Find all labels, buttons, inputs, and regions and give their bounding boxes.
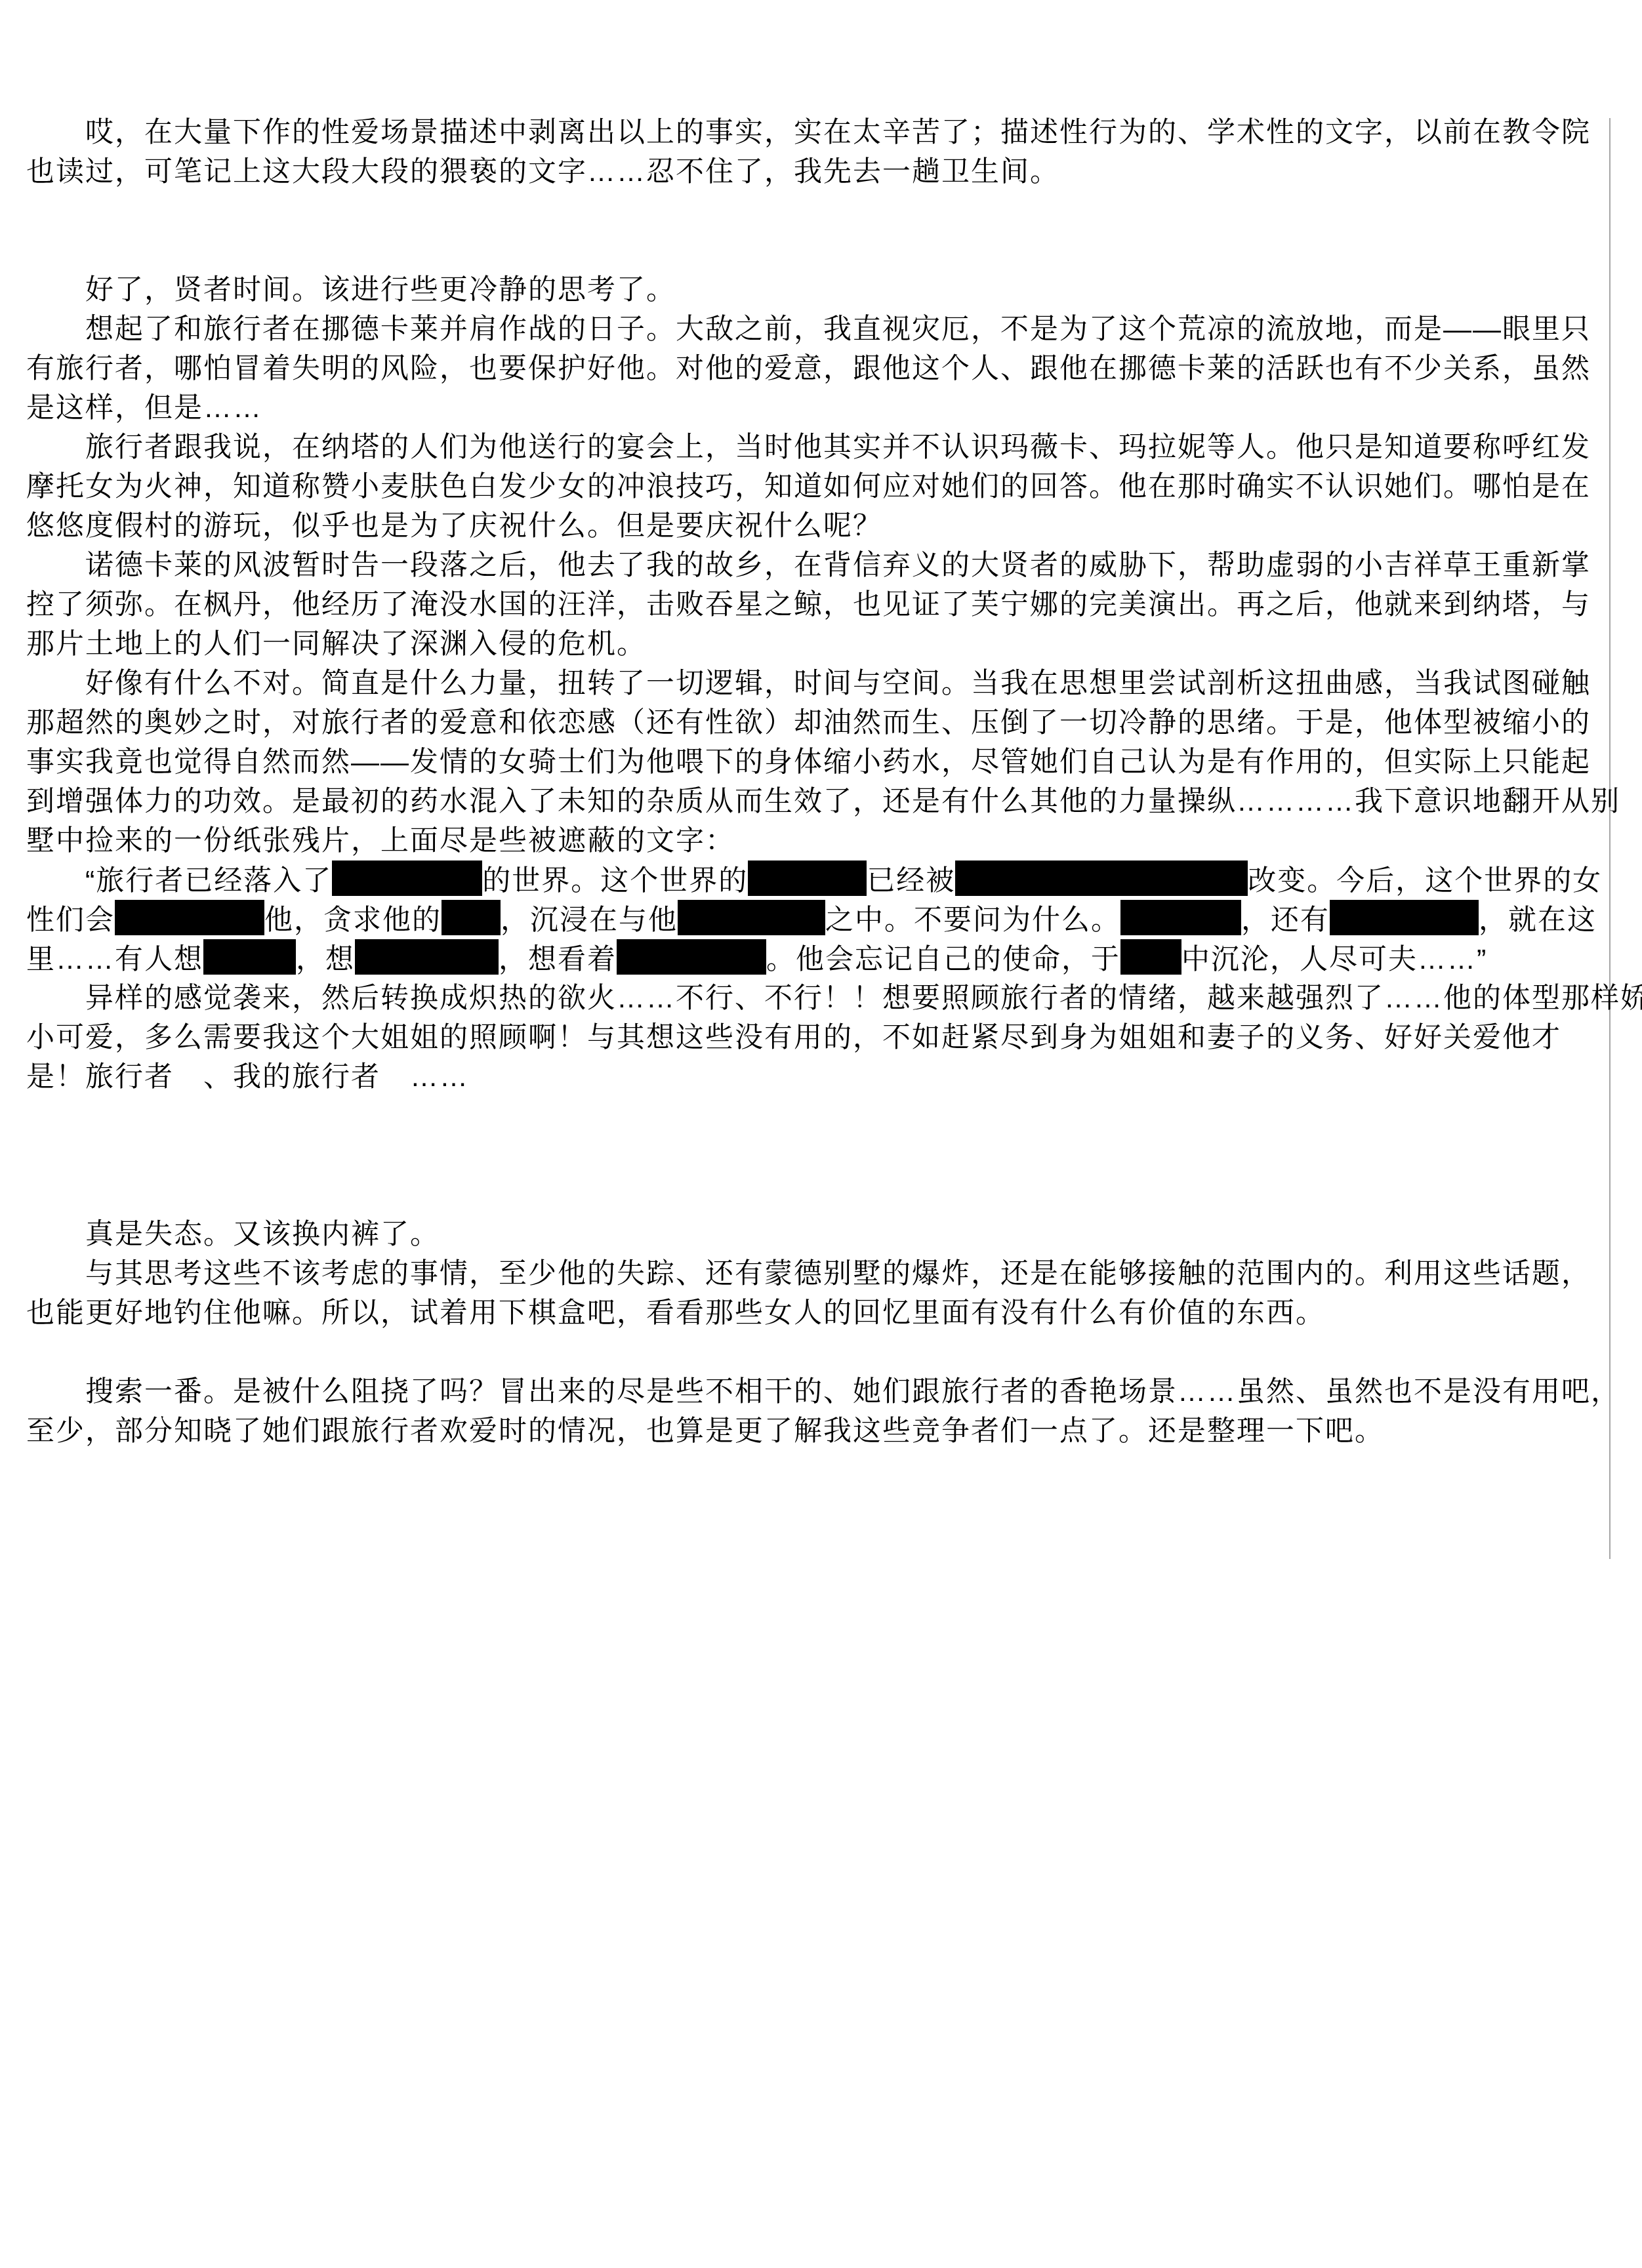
text-line: 事实我竟也觉得自然而然——发情的女骑士们为他喂下的身体缩小药水，尽管她们自己认为… [26,742,1640,782]
redaction-bar [332,861,482,896]
text-line: 好像有什么不对。简直是什么力量，扭转了一切逻辑，时间与空间。当我在思想里尝试剖析… [26,664,1640,703]
text-run: 摩托女为火神，知道称赞小麦肤色白发少女的冲浪技巧，知道如何应对她们的回答。他在那… [26,471,1591,502]
blank-line [26,1175,1640,1215]
paragraph [26,192,1640,231]
text-line: 真是失态。又该换内裤了。 [26,1215,1640,1254]
text-line: 诺德卡莱的风波暂时告一段落之后，他去了我的故乡，在背信弃义的大贤者的威胁下，帮助… [26,546,1640,585]
blank-line [26,231,1640,270]
redaction-bar [617,939,766,975]
text-line: 到增强体力的功效。是最初的药水混入了未知的杂质从而生效了，还是有什么其他的力量操… [26,782,1640,821]
text-line: 也读过，可笔记上这大段大段的猥亵的文字……忍不住了，我先去一趟卫生间。 [26,152,1640,192]
paragraph: 搜索一番。是被什么阻挠了吗？冒出来的尽是些不相干的、她们跟旅行者的香艳场景……虽… [26,1372,1640,1451]
text-line: 异样的感觉袭来，然后转换成炽热的欲火……不行、不行！！想要照顾旅行者的情绪，越来… [26,979,1640,1018]
text-run: 悠悠度假村的游玩，似乎也是为了庆祝什么。但是要庆祝什么呢？ [26,510,882,542]
text-line: 想起了和旅行者在挪德卡莱并肩作战的日子。大敌之前，我直视灾厄，不是为了这个荒凉的… [26,310,1640,349]
text-run: 改变。今后，这个世界的女 [1248,865,1602,897]
text-run: 事实我竟也觉得自然而然——发情的女骑士们为他喂下的身体缩小药水，尽管她们自己认为… [26,746,1591,778]
text-run: 是！旅行者 、我的旅行者 …… [26,1061,469,1093]
paragraph: 与其思考这些不该考虑的事情，至少他的失踪、还有蒙德别墅的爆炸，还是在能够接触的范… [26,1254,1640,1333]
text-run: 小可爱，多么需要我这个大姐姐的照顾啊！与其想这些没有用的，不如赶紧尽到身为姐姐和… [26,1022,1561,1053]
text-line: 旅行者跟我说，在纳塔的人们为他送行的宴会上，当时他其实并不认识玛薇卡、玛拉妮等人… [26,428,1640,467]
text-run: ，沉浸在与他 [501,904,678,936]
text-run: 好了，贤者时间。该进行些更冷静的思考了。 [26,274,676,306]
text-run: 也能更好地钓住他嘛。所以，试着用下棋盒吧，看看那些女人的回忆里面有没有什么有价值… [26,1297,1325,1329]
paragraph: “旅行者已经落入了的世界。这个世界的已经被改变。今后，这个世界的女性们会他，贪求… [26,861,1640,979]
paragraph: 好了，贤者时间。该进行些更冷静的思考了。 [26,270,1640,310]
paragraph [26,231,1640,270]
text-line: 有旅行者，哪怕冒着失明的风险，也要保护好他。对他的爱意，跟他这个人、跟他在挪德卡… [26,349,1640,388]
redaction-bar [1120,900,1241,935]
paragraph: 真是失态。又该换内裤了。 [26,1215,1640,1254]
redaction-bar [1120,939,1181,975]
text-line: 与其思考这些不该考虑的事情，至少他的失踪、还有蒙德别墅的爆炸，还是在能够接触的范… [26,1254,1640,1293]
blank-line [26,192,1640,231]
text-run: 也读过，可笔记上这大段大段的猥亵的文字……忍不住了，我先去一趟卫生间。 [26,156,1059,188]
text-run: 那片土地上的人们一同解决了深渊入侵的危机。 [26,628,646,660]
text-line: 那片土地上的人们一同解决了深渊入侵的危机。 [26,624,1640,664]
text-run: 之中。不要问为什么。 [825,904,1120,936]
text-run: ，就在这 [1479,904,1597,936]
paragraph: 哎，在大量下作的性爱场景描述中剥离出以上的事实，实在太辛苦了；描述性行为的、学术… [26,113,1640,192]
text-run: 的世界。这个世界的 [482,865,748,897]
redaction-bar [355,939,499,975]
text-line: 摩托女为火神，知道称赞小麦肤色白发少女的冲浪技巧，知道如何应对她们的回答。他在那… [26,467,1640,506]
redaction-bar [1330,900,1479,935]
paragraph [26,1097,1640,1136]
document-page: 哎，在大量下作的性爱场景描述中剥离出以上的事实，实在太辛苦了；描述性行为的、学术… [0,0,1642,2268]
text-run: 性们会 [26,904,115,936]
text-line: 好了，贤者时间。该进行些更冷静的思考了。 [26,270,1640,310]
redaction-bar [203,939,296,975]
text-run: 。他会忘记自己的使命，于 [766,944,1120,975]
paragraph: 好像有什么不对。简直是什么力量，扭转了一切逻辑，时间与空间。当我在思想里尝试剖析… [26,664,1640,861]
text-run: 诺德卡莱的风波暂时告一段落之后，他去了我的故乡，在背信弃义的大贤者的威胁下，帮助… [26,550,1591,581]
text-run: 至少，部分知晓了她们跟旅行者欢爱时的情况，也算是更了解我这些竞争者们一点了。还是… [26,1415,1384,1447]
redaction-bar [678,900,825,935]
text-line: 小可爱，多么需要我这个大姐姐的照顾啊！与其想这些没有用的，不如赶紧尽到身为姐姐和… [26,1018,1640,1057]
text-run: 他，贪求他的 [264,904,441,936]
blank-line [26,1333,1640,1372]
text-line: 墅中捡来的一份纸张残片，上面尽是些被遮蔽的文字： [26,821,1640,861]
paragraph: 异样的感觉袭来，然后转换成炽热的欲火……不行、不行！！想要照顾旅行者的情绪，越来… [26,979,1640,1097]
text-run: 是这样，但是…… [26,392,262,424]
text-run: 想起了和旅行者在挪德卡莱并肩作战的日子。大敌之前，我直视灾厄，不是为了这个荒凉的… [26,314,1591,345]
text-line: “旅行者已经落入了的世界。这个世界的已经被改变。今后，这个世界的女 [26,861,1640,900]
text-run: 搜索一番。是被什么阻挠了吗？冒出来的尽是些不相干的、她们跟旅行者的香艳场景……虽… [26,1376,1620,1407]
text-line: 悠悠度假村的游玩，似乎也是为了庆祝什么。但是要庆祝什么呢？ [26,506,1640,546]
text-run: 真是失态。又该换内裤了。 [26,1219,440,1250]
text-run: “旅行者已经落入了 [26,865,332,897]
text-line: 哎，在大量下作的性爱场景描述中剥离出以上的事实，实在太辛苦了；描述性行为的、学术… [26,113,1640,152]
text-run: 异样的感觉袭来，然后转换成炽热的欲火……不行、不行！！想要照顾旅行者的情绪，越来… [26,982,1642,1014]
text-run: 控了须弥。在枫丹，他经历了淹没水国的汪洋，击败吞星之鲸，也见证了芙宁娜的完美演出… [26,589,1591,620]
text-line: 至少，部分知晓了她们跟旅行者欢爱时的情况，也算是更了解我这些竞争者们一点了。还是… [26,1411,1640,1451]
text-run: 里……有人想 [26,944,203,975]
text-line: 搜索一番。是被什么阻挠了吗？冒出来的尽是些不相干的、她们跟旅行者的香艳场景……虽… [26,1372,1640,1411]
text-run: 旅行者跟我说，在纳塔的人们为他送行的宴会上，当时他其实并不认识玛薇卡、玛拉妮等人… [26,432,1591,463]
text-run: 已经被 [867,865,955,897]
text-run: ，想 [296,944,355,975]
text-run: 与其思考这些不该考虑的事情，至少他的失踪、还有蒙德别墅的爆炸，还是在能够接触的范… [26,1258,1591,1289]
text-run: 中沉沦，人尽可夫……” [1181,944,1487,975]
text-run: 到增强体力的功效。是最初的药水混入了未知的杂质从而生效了，还是有什么其他的力量操… [26,786,1620,817]
paragraph [26,1136,1640,1175]
redaction-bar [115,900,264,935]
text-line: 是！旅行者 、我的旅行者 …… [26,1057,1640,1097]
text-line: 控了须弥。在枫丹，他经历了淹没水国的汪洋，击败吞星之鲸，也见证了芙宁娜的完美演出… [26,585,1640,624]
paragraph: 旅行者跟我说，在纳塔的人们为他送行的宴会上，当时他其实并不认识玛薇卡、玛拉妮等人… [26,428,1640,546]
paragraph: 想起了和旅行者在挪德卡莱并肩作战的日子。大敌之前，我直视灾厄，不是为了这个荒凉的… [26,310,1640,428]
text-line: 也能更好地钓住他嘛。所以，试着用下棋盒吧，看看那些女人的回忆里面有没有什么有价值… [26,1293,1640,1333]
paragraph: 诺德卡莱的风波暂时告一段落之后，他去了我的故乡，在背信弃义的大贤者的威胁下，帮助… [26,546,1640,664]
text-line: 是这样，但是…… [26,388,1640,428]
paragraph [26,1175,1640,1215]
text-run: 那超然的奥妙之时，对旅行者的爱意和依恋感（还有性欲）却油然而生、压倒了一切冷静的… [26,707,1591,739]
text-run: 好像有什么不对。简直是什么力量，扭转了一切逻辑，时间与空间。当我在思想里尝试剖析… [26,668,1591,699]
text-run: 墅中捡来的一份纸张残片，上面尽是些被遮蔽的文字： [26,825,735,857]
text-run: ，还有 [1241,904,1330,936]
text-run: 哎，在大量下作的性爱场景描述中剥离出以上的事实，实在太辛苦了；描述性行为的、学术… [26,117,1591,148]
text-line: 那超然的奥妙之时，对旅行者的爱意和依恋感（还有性欲）却油然而生、压倒了一切冷静的… [26,703,1640,742]
paragraph [26,1333,1640,1372]
redaction-bar [748,861,867,896]
text-line: 里……有人想，想，想看着。他会忘记自己的使命，于中沉沦，人尽可夫……” [26,939,1640,979]
text-line: 性们会他，贪求他的，沉浸在与他之中。不要问为什么。，还有，就在这 [26,900,1640,939]
blank-line [26,1097,1640,1136]
blank-line [26,1136,1640,1175]
document-text: 哎，在大量下作的性爱场景描述中剥离出以上的事实，实在太辛苦了；描述性行为的、学术… [26,113,1640,1451]
text-run: ，想看着 [499,944,617,975]
redaction-bar [441,900,501,935]
redaction-bar [955,861,1248,896]
text-run: 有旅行者，哪怕冒着失明的风险，也要保护好他。对他的爱意，跟他这个人、跟他在挪德卡… [26,353,1591,384]
